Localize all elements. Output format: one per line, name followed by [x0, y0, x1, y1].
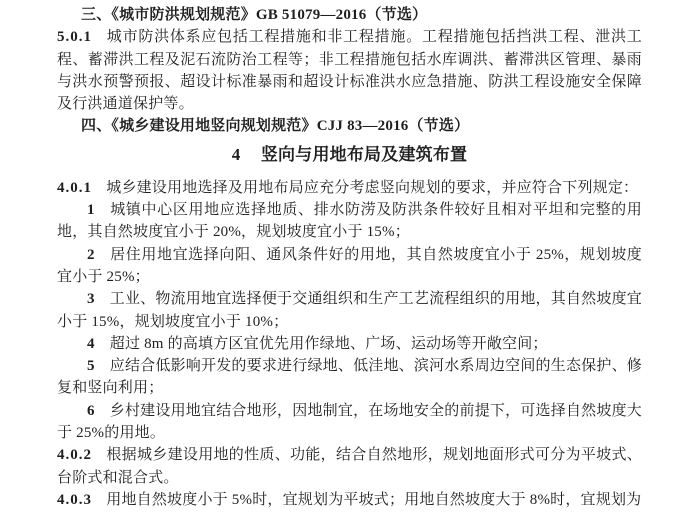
paragraph-text: 工业、物流用地宜选择便于交通组织和生产工艺流程组织的用地，其自然坡度宜小于 15… — [57, 291, 642, 329]
item-number: 4 — [87, 336, 96, 352]
paragraph-text: 城乡建设用地选择及用地布局应充分考虑竖向规划的要求，并应符合下列规定： — [106, 180, 638, 196]
item-number: 5 — [87, 358, 96, 374]
paragraph-text: 超过 8m 的高填方区宜优先用作绿地、广场、运动场等开敞空间； — [110, 336, 548, 352]
paragraph-text: 城市防洪体系应包括工程措施和非工程措施。工程措施包括挡洪工程、泄洪工程、蓄滞洪工… — [57, 29, 642, 112]
item-number: 3 — [87, 291, 96, 307]
section-heading: 三、《城市防洪规划规范》GB 51079—2016（节选） — [57, 4, 642, 26]
chapter-number: 4 — [232, 145, 241, 164]
clause-number: 4.0.2 — [57, 447, 92, 463]
list-item: 2居住用地宜选择向阳、通风条件好的用地，其自然坡度宜小于 25%，规划坡度宜小于… — [57, 244, 642, 289]
paragraph-text: 乡村建设用地宜结合地形，因地制宜，在场地安全的前提下，可选择自然坡度大于 25%… — [57, 403, 642, 441]
paragraph-text: 根据城乡建设用地的性质、功能，结合自然地形，规划地面形式可分为平坡式、台阶式和混… — [57, 447, 642, 485]
list-item: 3工业、物流用地宜选择便于交通组织和生产工艺流程组织的用地，其自然坡度宜小于 1… — [57, 288, 642, 333]
list-item: 5应结合低影响开发的要求进行绿地、低洼地、滨河水系周边空间的生态保护、修复和竖向… — [57, 355, 642, 400]
item-number: 6 — [87, 403, 96, 419]
clause-number: 5.0.1 — [57, 29, 92, 45]
paragraph-text: 居住用地宜选择向阳、通风条件好的用地，其自然坡度宜小于 25%，规划坡度宜小于 … — [57, 247, 642, 285]
chapter-title: 4竖向与用地布局及建筑布置 — [57, 143, 642, 167]
clause-paragraph: 5.0.1城市防洪体系应包括工程措施和非工程措施。工程措施包括挡洪工程、泄洪工程… — [57, 26, 642, 115]
list-item: 1城镇中心区用地应选择地质、排水防涝及防洪条件较好且相对平坦和完整的用地，其自然… — [57, 199, 642, 244]
list-item: 4超过 8m 的高填方区宜优先用作绿地、广场、运动场等开敞空间； — [57, 333, 642, 355]
paragraph-text: 四、《城乡建设用地竖向规划规范》CJJ 83—2016（节选） — [81, 118, 469, 134]
paragraph-text: 城镇中心区用地应选择地质、排水防涝及防洪条件较好且相对平坦和完整的用地，其自然坡… — [57, 202, 642, 240]
paragraph-text: 三、《城市防洪规划规范》GB 51079—2016（节选） — [81, 7, 427, 23]
list-item: 6乡村建设用地宜结合地形，因地制宜，在场地安全的前提下，可选择自然坡度大于 25… — [57, 400, 642, 445]
paragraph-text: 应结合低影响开发的要求进行绿地、低洼地、滨河水系周边空间的生态保护、修复和竖向利… — [57, 358, 642, 396]
document-content: 三、《城市防洪规划规范》GB 51079—2016（节选）5.0.1城市防洪体系… — [57, 4, 642, 511]
clause-number: 4.0.3 — [57, 492, 92, 508]
clause-paragraph: 4.0.1城乡建设用地选择及用地布局应充分考虑竖向规划的要求，并应符合下列规定： — [57, 177, 642, 199]
paragraph-text: 竖向与用地布局及建筑布置 — [261, 145, 467, 164]
clause-paragraph: 4.0.3用地自然坡度小于 5%时，宜规划为平坡式；用地自然坡度大于 8%时，宜… — [57, 489, 642, 511]
clause-paragraph: 4.0.2根据城乡建设用地的性质、功能，结合自然地形，规划地面形式可分为平坡式、… — [57, 444, 642, 489]
paragraph-text: 用地自然坡度小于 5%时，宜规划为平坡式；用地自然坡度大于 8%时，宜规划为 — [106, 492, 641, 508]
section-heading: 四、《城乡建设用地竖向规划规范》CJJ 83—2016（节选） — [57, 115, 642, 137]
item-number: 2 — [87, 247, 96, 263]
clause-number: 4.0.1 — [57, 180, 92, 196]
document-page: 三、《城市防洪规划规范》GB 51079—2016（节选）5.0.1城市防洪体系… — [0, 0, 694, 518]
item-number: 1 — [87, 202, 96, 218]
